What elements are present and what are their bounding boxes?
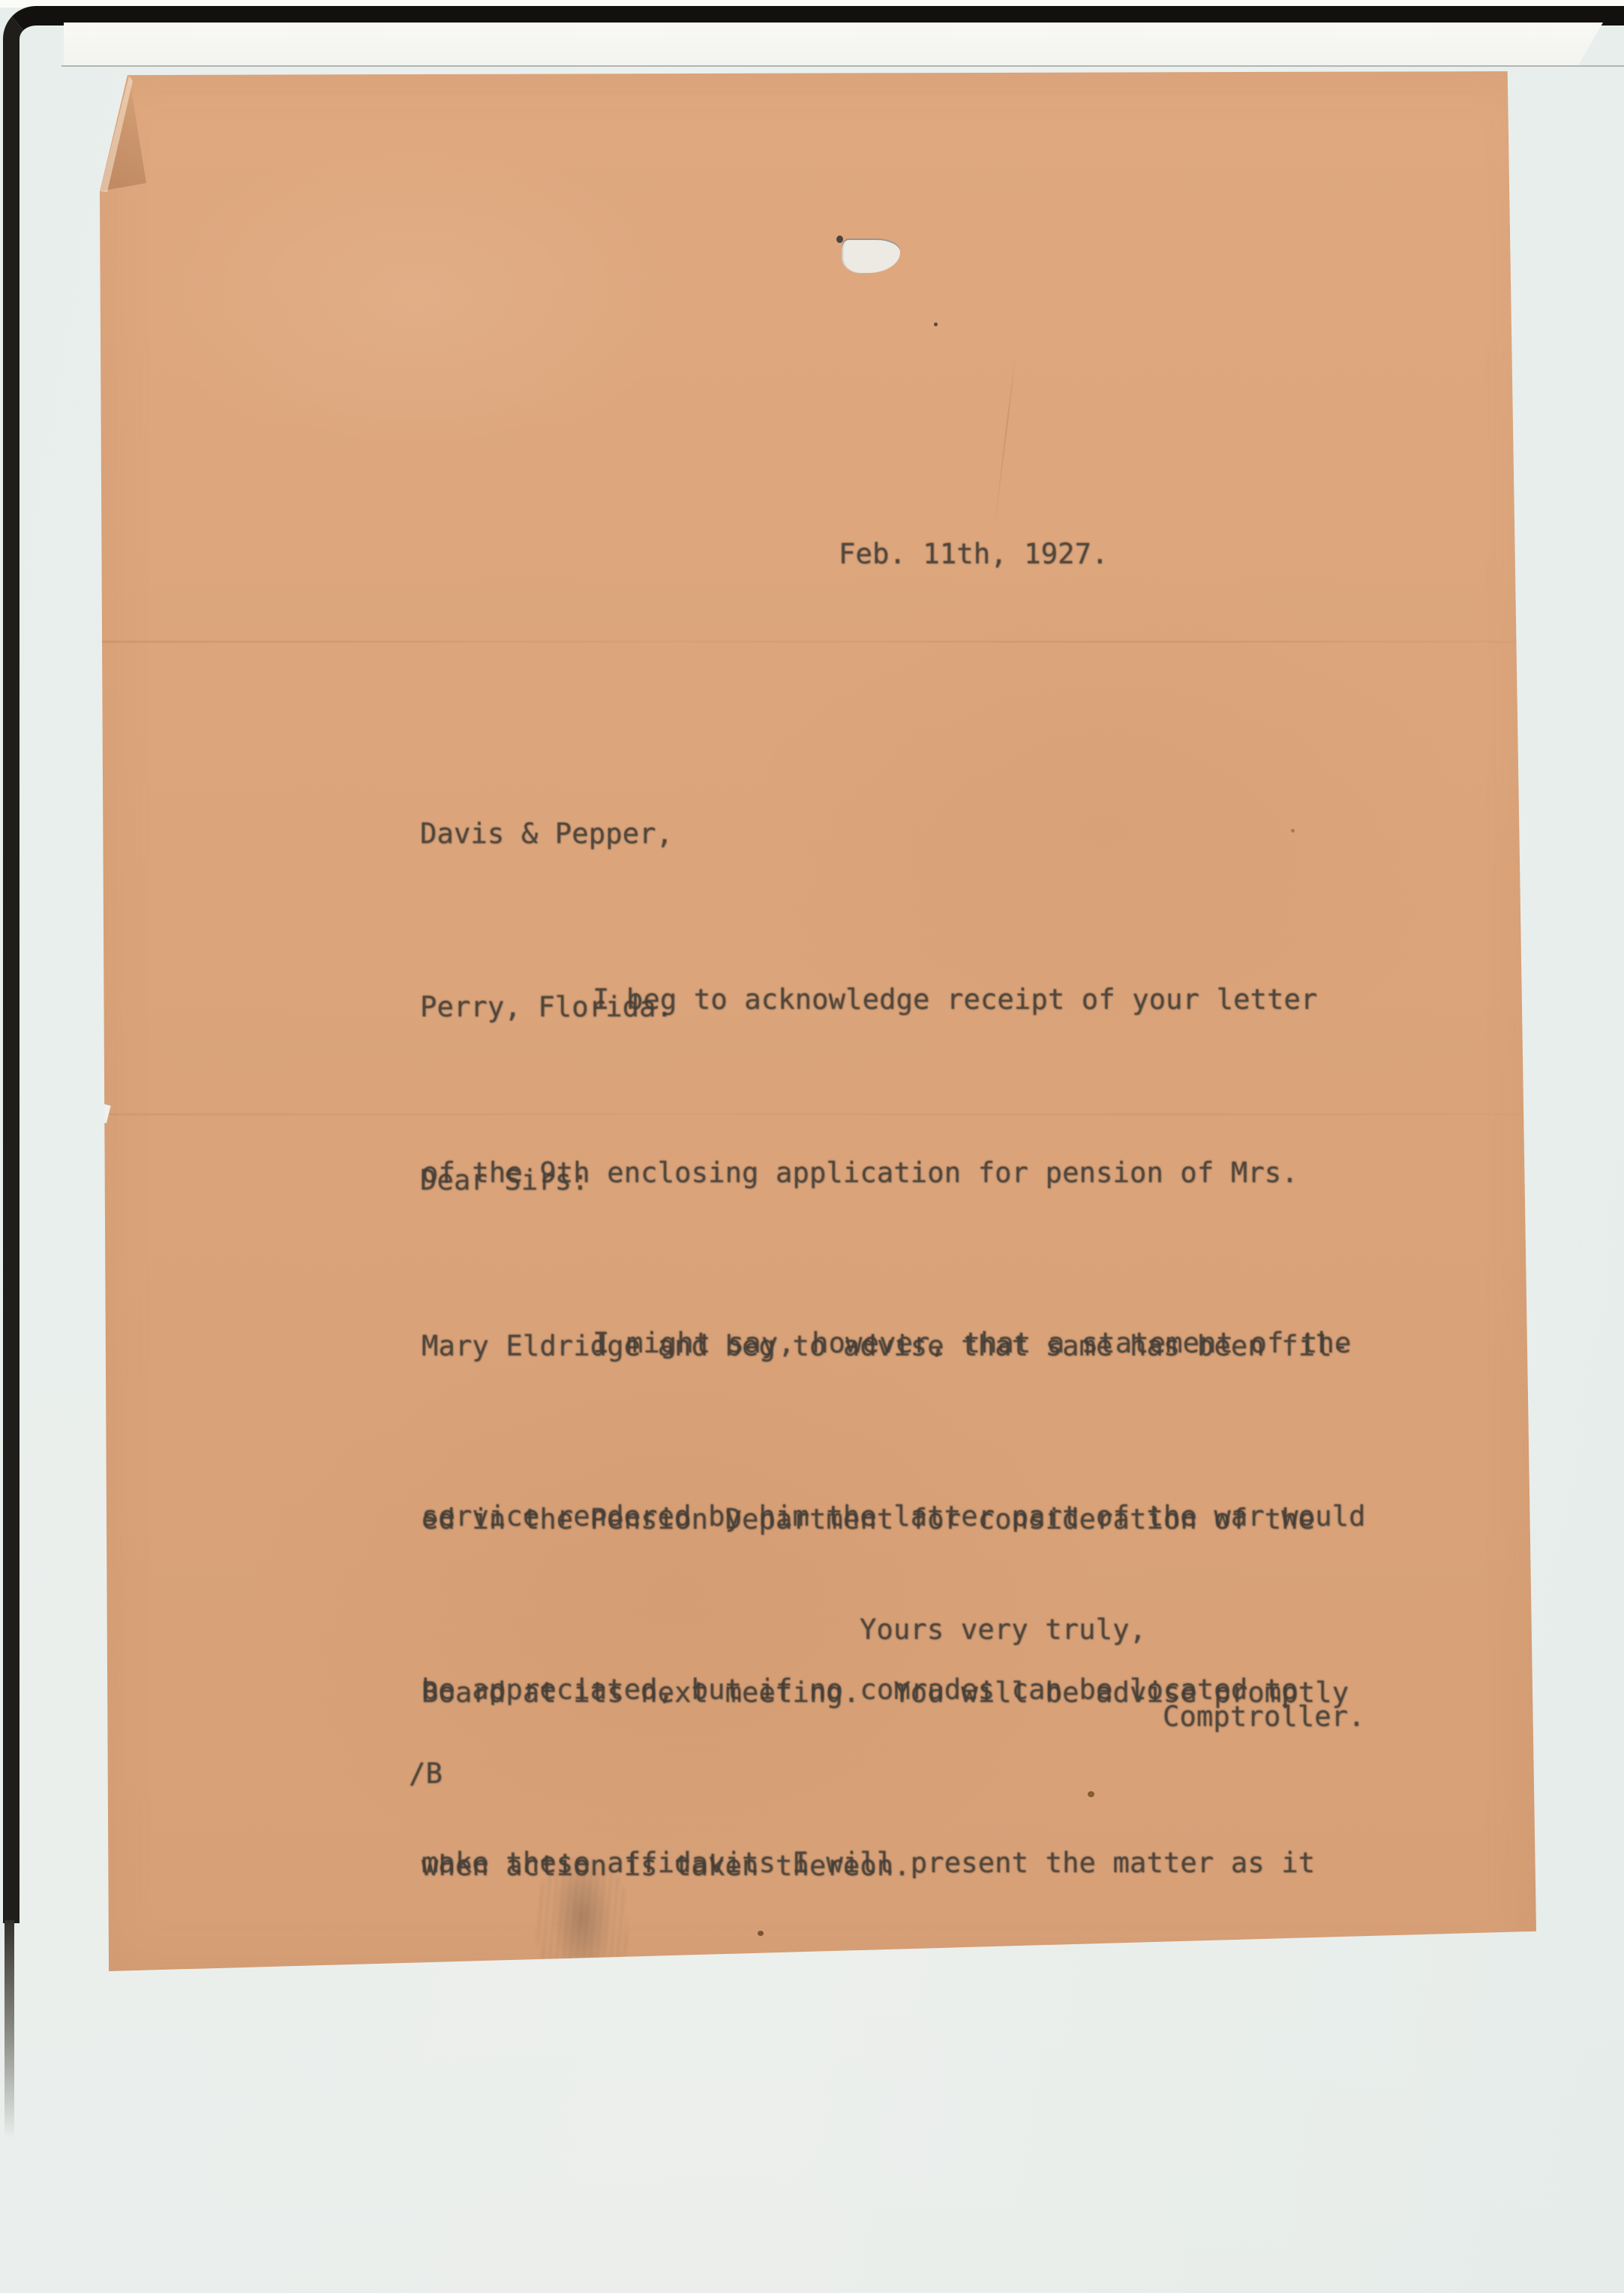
typist-initials: /B (409, 1629, 510, 1918)
torn-spot-ink-dot (836, 236, 843, 243)
recipient-name: Davis & Pepper, (420, 805, 673, 863)
tape-strip (64, 23, 1603, 65)
body-line: I might say, however, that a statement o… (422, 1314, 1366, 1372)
date-line: Feb. 11th, 1927. (839, 410, 1109, 698)
scan-frame-left-fade (5, 1920, 14, 2138)
fold-crease-upper (100, 641, 1536, 643)
typist-initials-text: /B (409, 1745, 510, 1802)
signature-title: Comptroller. (1163, 1688, 1365, 1745)
letter-paper: Feb. 11th, 1927. Davis & Pepper, Perry, … (100, 69, 1536, 1971)
paper-speck (1291, 829, 1295, 833)
signature-line: Comptroller. (1163, 1572, 1365, 1861)
closing-text: Yours very truly, (860, 1601, 1146, 1658)
paper-speck (934, 323, 938, 326)
scanned-letter-page: Feb. 11th, 1927. Davis & Pepper, Perry, … (0, 0, 1624, 2293)
date-text: Feb. 11th, 1927. (839, 525, 1109, 583)
backing-sheet-edge (62, 65, 1624, 67)
closing-line: Yours very truly, (860, 1485, 1146, 1774)
body-line: I beg to acknowledge receipt of your let… (422, 971, 1349, 1028)
body-line: stands as mentioned above. (422, 2007, 1366, 2065)
body-line: of the 9th enclosing application for pen… (422, 1144, 1349, 1202)
torn-spot (842, 239, 900, 273)
